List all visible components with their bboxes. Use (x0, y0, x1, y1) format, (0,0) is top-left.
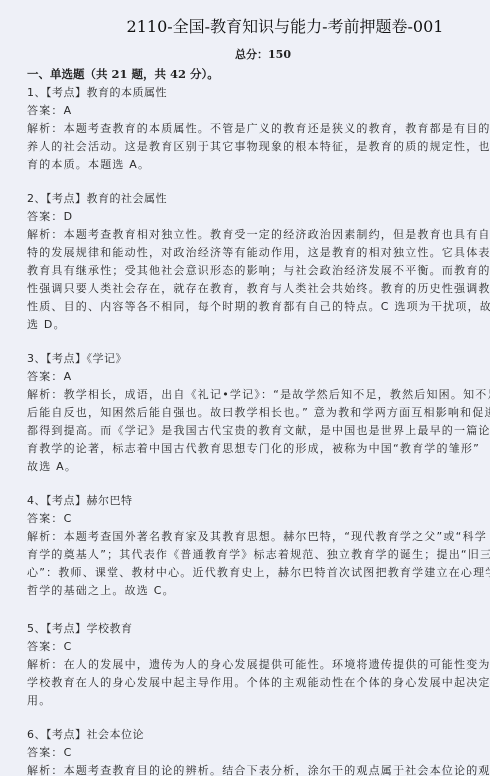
document-title: 2110-全国-教育知识与能力-考前押题卷-001 (0, 14, 490, 37)
section-heading: 一、单选题（共 21 题，共 42 分）。 (27, 66, 219, 82)
analysis-line: 育的本质。本题选 A。 (27, 156, 150, 172)
analysis-line: 性质、目的、内容等各不相同，每个时期的教育都有自己的特点。C 选项为干扰项，故本 (27, 298, 490, 314)
answer: 答案：C (27, 638, 72, 654)
question-heading: 2、【考点】教育的社会属性 (27, 190, 167, 206)
analysis-line: 解析：本题考查教育相对独立性。教育受一定的经济政治因素制约，但是教育也具有自身 (27, 226, 490, 242)
answer: 答案：A (27, 368, 72, 384)
question-heading: 1、【考点】教育的本质属性 (27, 84, 167, 100)
analysis-line: 解析：教学相长，成语，出自《礼记•学记》：“是故学然后知不足，教然后知困。知不足 (27, 386, 490, 402)
analysis-line: 解析：本题考查国外著名教育家及其教育思想。赫尔巴特，“现代教育学之父”或“科学 (27, 528, 487, 544)
question-heading: 6、【考点】社会本位论 (27, 726, 144, 742)
analysis-line: 故选 A。 (27, 458, 77, 474)
answer: 答案：D (27, 208, 73, 224)
analysis-line: 用。 (27, 692, 51, 708)
analysis-line: 育学的奠基人”；其代表作《普通教育学》标志着规范、独立教育学的诞生；提出“旧三 (27, 546, 490, 562)
question-heading: 3、【考点】《学记》 (27, 350, 127, 366)
analysis-line: 哲学的基础之上。故选 C。 (27, 582, 175, 598)
analysis-line: 养人的社会活动。这是教育区别于其它事物现象的根本特征，是教育的质的规定性，也是 (27, 138, 490, 154)
analysis-line: 后能自反也，知困然后能自强也。故曰教学相长也。” 意为教和学两方面互相影响和促进 (27, 404, 490, 420)
analysis-line: 解析：在人的发展中，遗传为人的身心发展提供可能性。环境将遗传提供的可能性变为现实 (27, 656, 490, 672)
analysis-line: 选 D。 (27, 316, 66, 332)
analysis-line: 育教学的论著，标志着中国古代教育思想专门化的形成，被称为中国“教育学的雏形” (27, 440, 480, 456)
analysis-line: 解析：本题考查教育目的论的辨析。结合下表分析，涂尔干的观点属于社会本位论的观点 (27, 762, 490, 776)
analysis-line: 心”：教师、课堂、教材中心。近代教育史上，赫尔巴特首次试图把教育学建立在心理学 (27, 564, 490, 580)
analysis-line: 学校教育在人的身心发展中起主导作用。个体的主观能动性在个体的身心发展中起决定性 (27, 674, 490, 690)
question-heading: 5、【考点】学校教育 (27, 620, 133, 636)
answer: 答案：C (27, 744, 72, 760)
total-score: 总分：150 (0, 46, 490, 62)
analysis-line: 解析：本题考查教育的本质属性。不管是广义的教育还是狭义的教育，教育都是有目的的 (27, 120, 490, 136)
analysis-line: 特的发展规律和能动性，对政治经济等有能动作用，这是教育的相对独立性。它具体表现 (27, 244, 490, 260)
document-page: 2110-全国-教育知识与能力-考前押题卷-001 总分：150 一、单选题（共… (0, 0, 490, 776)
analysis-line: 教育具有继承性；受其他社会意识形态的影响；与社会政治经济发展不平衡。而教育的永 (27, 262, 490, 278)
answer: 答案：A (27, 102, 72, 118)
analysis-line: 性强调只要人类社会存在，就存在教育，教育与人类社会共始终。教育的历史性强调教育 (27, 280, 490, 296)
answer: 答案：C (27, 510, 72, 526)
question-heading: 4、【考点】赫尔巴特 (27, 492, 133, 508)
analysis-line: 都得到提高。而《学记》是我国古代宝贵的教育文献，是中国也是世界上最早的一篇论述 (27, 422, 490, 438)
